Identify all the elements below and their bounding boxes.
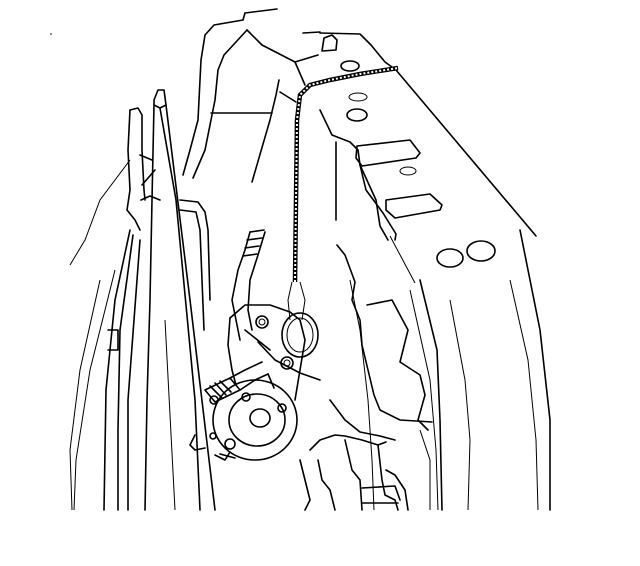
stray-dot [50, 33, 52, 35]
diagram-canvas [0, 0, 640, 566]
engine-block [300, 245, 432, 510]
wiring-harness [288, 68, 398, 320]
engine-bay-outline [70, 230, 550, 510]
refrigerant-lines-left [70, 90, 215, 510]
refrigerant-hose [232, 230, 265, 340]
compressor-illustration [0, 0, 640, 566]
ac-compressor [190, 305, 320, 460]
radiator-support [320, 33, 536, 283]
